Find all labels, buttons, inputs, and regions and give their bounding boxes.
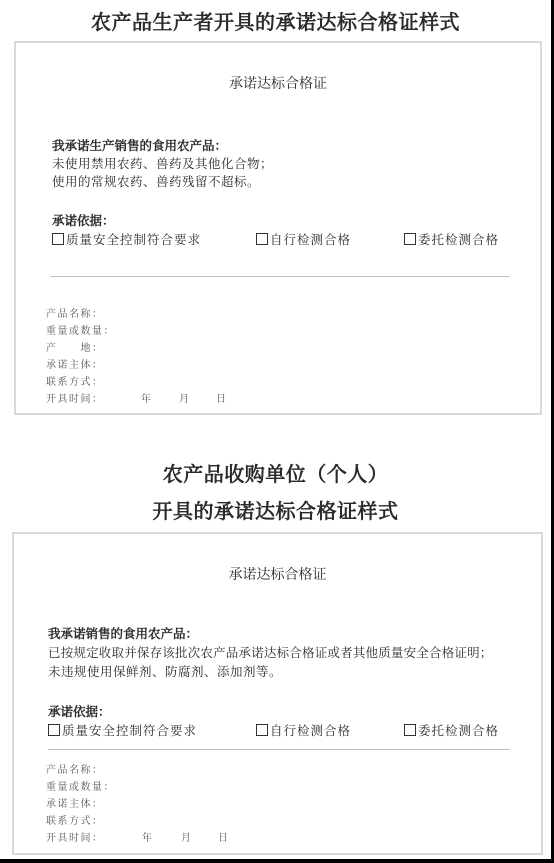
basis-option-quality-control[interactable]: 质量安全控制符合要求 xyxy=(52,230,201,248)
field-contact: 联系方式： xyxy=(46,812,104,827)
pledge-line: 使用的常规农药、兽药残留不超标。 xyxy=(52,172,260,190)
checkbox-icon[interactable] xyxy=(256,724,268,736)
pledge-intro: 我承诺生产销售的食用农产品： xyxy=(52,136,227,154)
section2-heading-line1: 农产品收购单位（个人） xyxy=(0,458,551,487)
checkbox-icon[interactable] xyxy=(404,724,416,736)
basis-label: 承诺依据： xyxy=(52,211,115,229)
divider-line xyxy=(50,276,510,277)
date-day: 日 xyxy=(218,829,228,844)
pledge-line: 已按规定收取并保存该批次农产品承诺达标合格证或者其他质量安全合格证明； xyxy=(48,643,493,661)
pledge-line: 未违规使用保鲜剂、防腐剂、添加剂等。 xyxy=(48,662,282,680)
section2-heading-line2: 开具的承诺达标合格证样式 xyxy=(0,495,551,524)
page-edge-bottom xyxy=(0,859,554,863)
checkbox-icon[interactable] xyxy=(48,724,60,736)
date-year: 年 xyxy=(142,829,152,844)
field-weight-quantity: 重量或数量： xyxy=(46,778,115,793)
basis-option-self-test[interactable]: 自行检测合格 xyxy=(256,230,351,248)
field-product-name: 产品名称： xyxy=(46,761,104,776)
field-pledger: 承诺主体： xyxy=(46,356,104,371)
checkbox-icon[interactable] xyxy=(404,233,416,245)
field-origin: 产 地： xyxy=(46,339,104,354)
basis-label: 承诺依据： xyxy=(48,702,111,720)
certificate-title: 承诺达标合格证 xyxy=(16,73,540,93)
date-year: 年 xyxy=(141,390,151,405)
field-product-name: 产品名称： xyxy=(46,305,104,320)
basis-option-commissioned-test[interactable]: 委托检测合格 xyxy=(404,230,499,248)
basis-option-self-test[interactable]: 自行检测合格 xyxy=(256,721,351,739)
pledge-intro: 我承诺销售的食用农产品： xyxy=(48,624,198,642)
field-pledger: 承诺主体： xyxy=(46,795,104,810)
producer-certificate: 承诺达标合格证 我承诺生产销售的食用农产品： 未使用禁用农药、兽药及其他化合物；… xyxy=(14,41,542,415)
field-contact: 联系方式： xyxy=(46,373,104,388)
pledge-line: 未使用禁用农药、兽药及其他化合物； xyxy=(52,154,273,172)
checkbox-icon[interactable] xyxy=(256,233,268,245)
divider-line xyxy=(48,749,510,750)
certificate-title: 承诺达标合格证 xyxy=(14,564,541,584)
checkbox-icon[interactable] xyxy=(52,233,64,245)
basis-options: 质量安全控制符合要求 自行检测合格 委托检测合格 xyxy=(48,721,528,737)
field-issue-date: 开具时间： xyxy=(46,829,104,844)
date-day: 日 xyxy=(216,390,226,405)
field-issue-date: 开具时间： xyxy=(46,390,104,405)
purchaser-certificate: 承诺达标合格证 我承诺销售的食用农产品： 已按规定收取并保存该批次农产品承诺达标… xyxy=(12,532,543,855)
basis-option-commissioned-test[interactable]: 委托检测合格 xyxy=(404,721,499,739)
date-month: 月 xyxy=(181,829,191,844)
basis-option-quality-control[interactable]: 质量安全控制符合要求 xyxy=(48,721,197,739)
date-month: 月 xyxy=(179,390,189,405)
field-weight-quantity: 重量或数量： xyxy=(46,322,115,337)
section1-heading: 农产品生产者开具的承诺达标合格证样式 xyxy=(0,6,551,35)
basis-options: 质量安全控制符合要求 自行检测合格 委托检测合格 xyxy=(52,230,532,246)
